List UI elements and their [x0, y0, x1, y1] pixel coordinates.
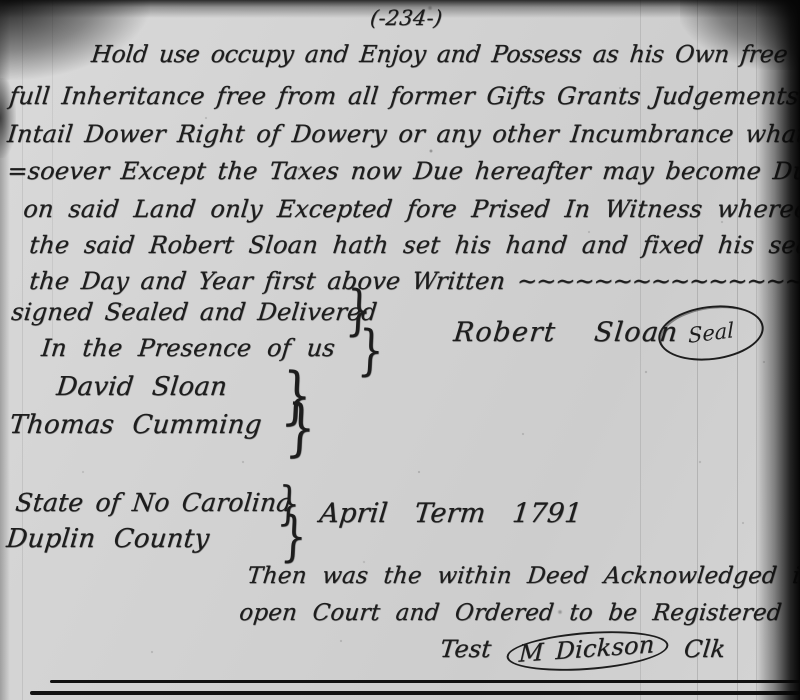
- scan-shadow: [0, 0, 150, 80]
- clerk-title: Clk: [683, 635, 727, 663]
- brace-mark: }: [279, 506, 308, 568]
- manuscript-line: the said Robert Sloan hath set his hand …: [28, 231, 800, 259]
- court-order-line: open Court and Ordered to be Registered: [238, 600, 783, 626]
- brace-mark: }: [284, 391, 317, 464]
- clerk-signature-flourish: M Dickson: [506, 626, 669, 675]
- clerk-name: M Dickson: [518, 630, 655, 667]
- scanned-deed-page: (-234-) Hold use occupy and Enjoy and Po…: [0, 0, 800, 700]
- witness-signature: David Sloan: [55, 372, 229, 402]
- manuscript-line: Intail Dower Right of Dowery or any othe…: [6, 120, 800, 148]
- court-order-line: Then was the within Deed Acknowledged in: [246, 563, 800, 589]
- scan-shadow: [756, 0, 800, 700]
- witness-signature: Thomas Cumming: [8, 410, 263, 440]
- state-caption: State of No Carolina: [14, 488, 293, 517]
- attest-label: Test: [439, 635, 493, 663]
- brace-mark: }: [356, 320, 385, 382]
- grantor-signature: Robert Sloan: [452, 317, 680, 348]
- attestation-line: signed Sealed and Delivered: [10, 298, 379, 326]
- manuscript-line-text: the Day and Year first above Written: [28, 267, 507, 295]
- entry-divider-rule: [50, 680, 800, 683]
- seal-oval: Seal: [655, 300, 767, 367]
- manuscript-line: full Inheritance free from all former Gi…: [8, 82, 800, 110]
- entry-divider-rule: [30, 691, 800, 695]
- clerk-attest-line: Test M Dickson Clk: [438, 632, 727, 670]
- seal-label: Seal: [688, 318, 734, 348]
- manuscript-line: on said Land only Excepted fore Prised I…: [22, 195, 800, 223]
- manuscript-line: the Day and Year first above Written ~~~…: [28, 267, 800, 295]
- scan-shadow: [0, 78, 16, 158]
- county-caption: Duplin County: [5, 524, 211, 554]
- manuscript-line: =soever Except the Taxes now Due hereaft…: [6, 157, 800, 185]
- court-term: April Term 1791: [318, 498, 584, 529]
